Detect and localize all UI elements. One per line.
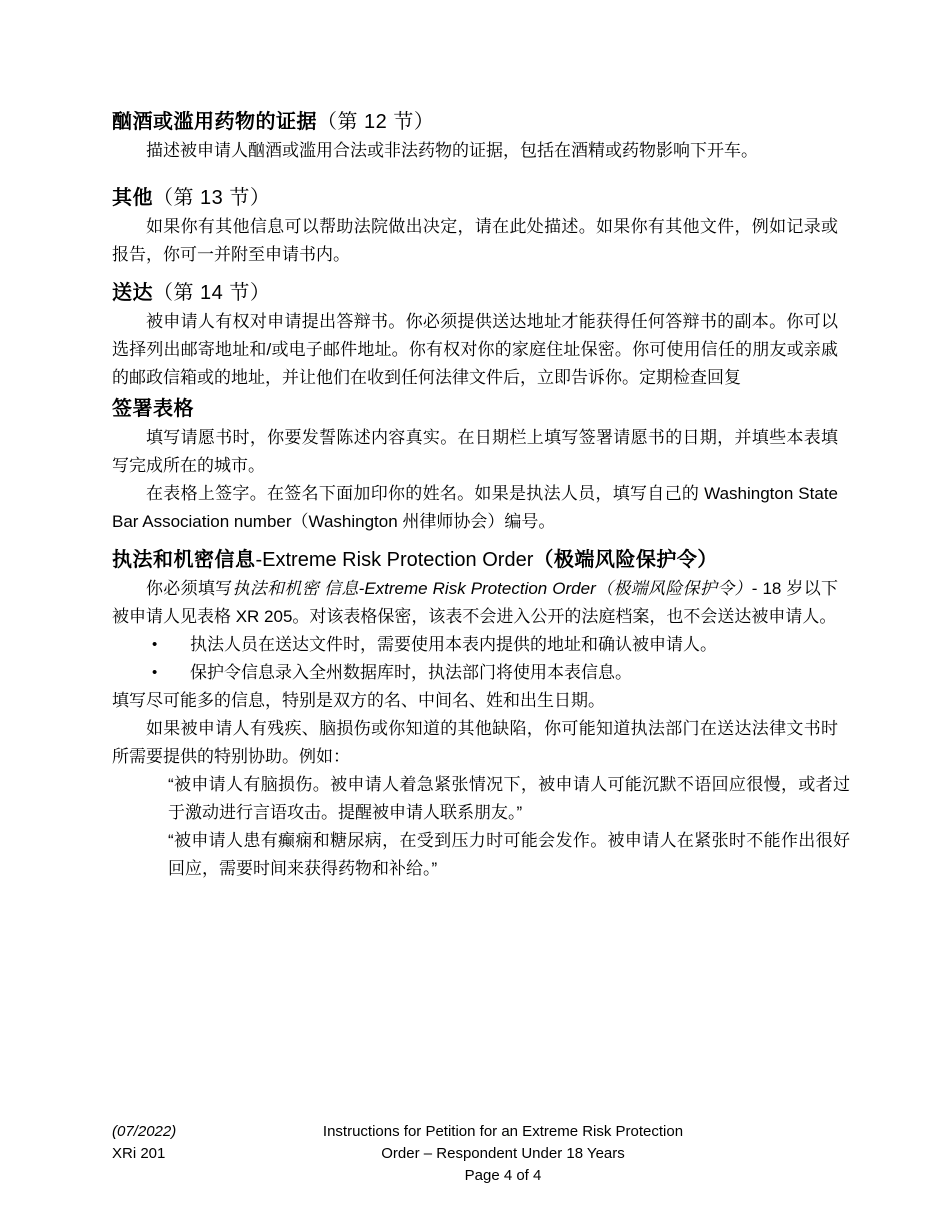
law-intro-form-title: 执法和机密 信息-Extreme Risk Protection Order（极…: [233, 579, 752, 598]
section-heading-evidence-alcohol-drugs: 酗酒或滥用药物的证据（第 12 节）: [112, 107, 838, 137]
heading-text-cn: 执法和机密信息: [112, 549, 256, 571]
footer-document-title: Instructions for Petition for an Extreme…: [112, 1121, 838, 1187]
paragraph-service: 被申请人有权对申请提出答辩书。你必须提供送达地址才能获得任何答辩书的副本。你可以…: [112, 308, 838, 392]
heading-section-number: （第 14 节）: [153, 282, 270, 304]
heading-paren-cn: （极端风险保护令）: [533, 549, 718, 571]
law-bullet-list: •执法人员在送达文件时，需要使用本表内提供的地址和确认被申请人。 •保护令信息录…: [112, 631, 838, 687]
paragraph-sign-forms-1: 填写请愿书时，你要发誓陈述内容真实。在日期栏上填写签署请愿书的日期，并填些本表填…: [112, 424, 838, 480]
paragraph-disability: 如果被申请人有残疾、脑损伤或你知道的其他缺陷，你可能知道执法部门在送达法律文书时…: [112, 715, 838, 771]
footer-page-number: Page 4 of 4: [168, 1165, 838, 1187]
footer-form-number: XRi 201: [112, 1143, 176, 1165]
page-footer: (07/2022) XRi 201 Instructions for Petit…: [112, 1121, 838, 1187]
heading-section-number: （第 13 节）: [153, 187, 270, 209]
paragraph-fill-info: 填写尽可能多的信息，特别是双方的名、中间名、姓和出生日期。: [112, 687, 838, 715]
heading-text-en: -Extreme Risk Protection Order: [256, 549, 534, 571]
section-heading-service: 送达（第 14 节）: [112, 278, 838, 308]
footer-title-line1: Instructions for Petition for an Extreme…: [168, 1121, 838, 1143]
section-heading-law-enforcement-confidential: 执法和机密信息-Extreme Risk Protection Order（极端…: [112, 545, 838, 575]
quote-example-epilepsy-diabetes: “被申请人患有癫痫和糖尿病，在受到压力时可能会发作。被申请人在紧张时不能作出很好…: [168, 827, 850, 883]
heading-text: 酗酒或滥用药物的证据: [112, 111, 317, 133]
quote-example-brain-injury: “被申请人有脑损伤。被申请人着急紧张情况下，被申请人可能沉默不语回应很慢，或者过…: [168, 771, 850, 827]
section-heading-other: 其他（第 13 节）: [112, 183, 838, 213]
heading-text: 签署表格: [112, 398, 194, 420]
paragraph-sign-forms-2: 在表格上签字。在签名下面加印你的姓名。如果是执法人员，填写自己的 Washing…: [112, 480, 838, 536]
bullet-icon: •: [152, 631, 157, 659]
list-item: •保护令信息录入全州数据库时，执法部门将使用本表信息。: [112, 659, 838, 687]
paragraph-law-intro: 你必须填写执法和机密 信息-Extreme Risk Protection Or…: [112, 575, 838, 631]
bullet-text: 保护令信息录入全州数据库时，执法部门将使用本表信息。: [190, 663, 632, 682]
heading-text: 送达: [112, 282, 153, 304]
bullet-icon: •: [152, 659, 157, 687]
footer-revision-date: (07/2022): [112, 1121, 176, 1143]
paragraph-evidence-alcohol-drugs: 描述被申请人酗酒或滥用合法或非法药物的证据，包括在酒精或药物影响下开车。: [112, 137, 838, 165]
list-item: •执法人员在送达文件时，需要使用本表内提供的地址和确认被申请人。: [112, 631, 838, 659]
document-page: 酗酒或滥用药物的证据（第 12 节） 描述被申请人酗酒或滥用合法或非法药物的证据…: [0, 0, 950, 1230]
bullet-text: 执法人员在送达文件时，需要使用本表内提供的地址和确认被申请人。: [190, 635, 717, 654]
paragraph-other: 如果你有其他信息可以帮助法院做出决定，请在此处描述。如果你有其他文件，例如记录或…: [112, 213, 838, 269]
heading-text: 其他: [112, 187, 153, 209]
heading-section-number: （第 12 节）: [317, 111, 434, 133]
footer-form-id: (07/2022) XRi 201: [112, 1121, 176, 1165]
footer-title-line2: Order – Respondent Under 18 Years: [168, 1143, 838, 1165]
section-heading-sign-forms: 签署表格: [112, 394, 838, 424]
law-intro-normal: 你必须填写: [146, 579, 233, 598]
